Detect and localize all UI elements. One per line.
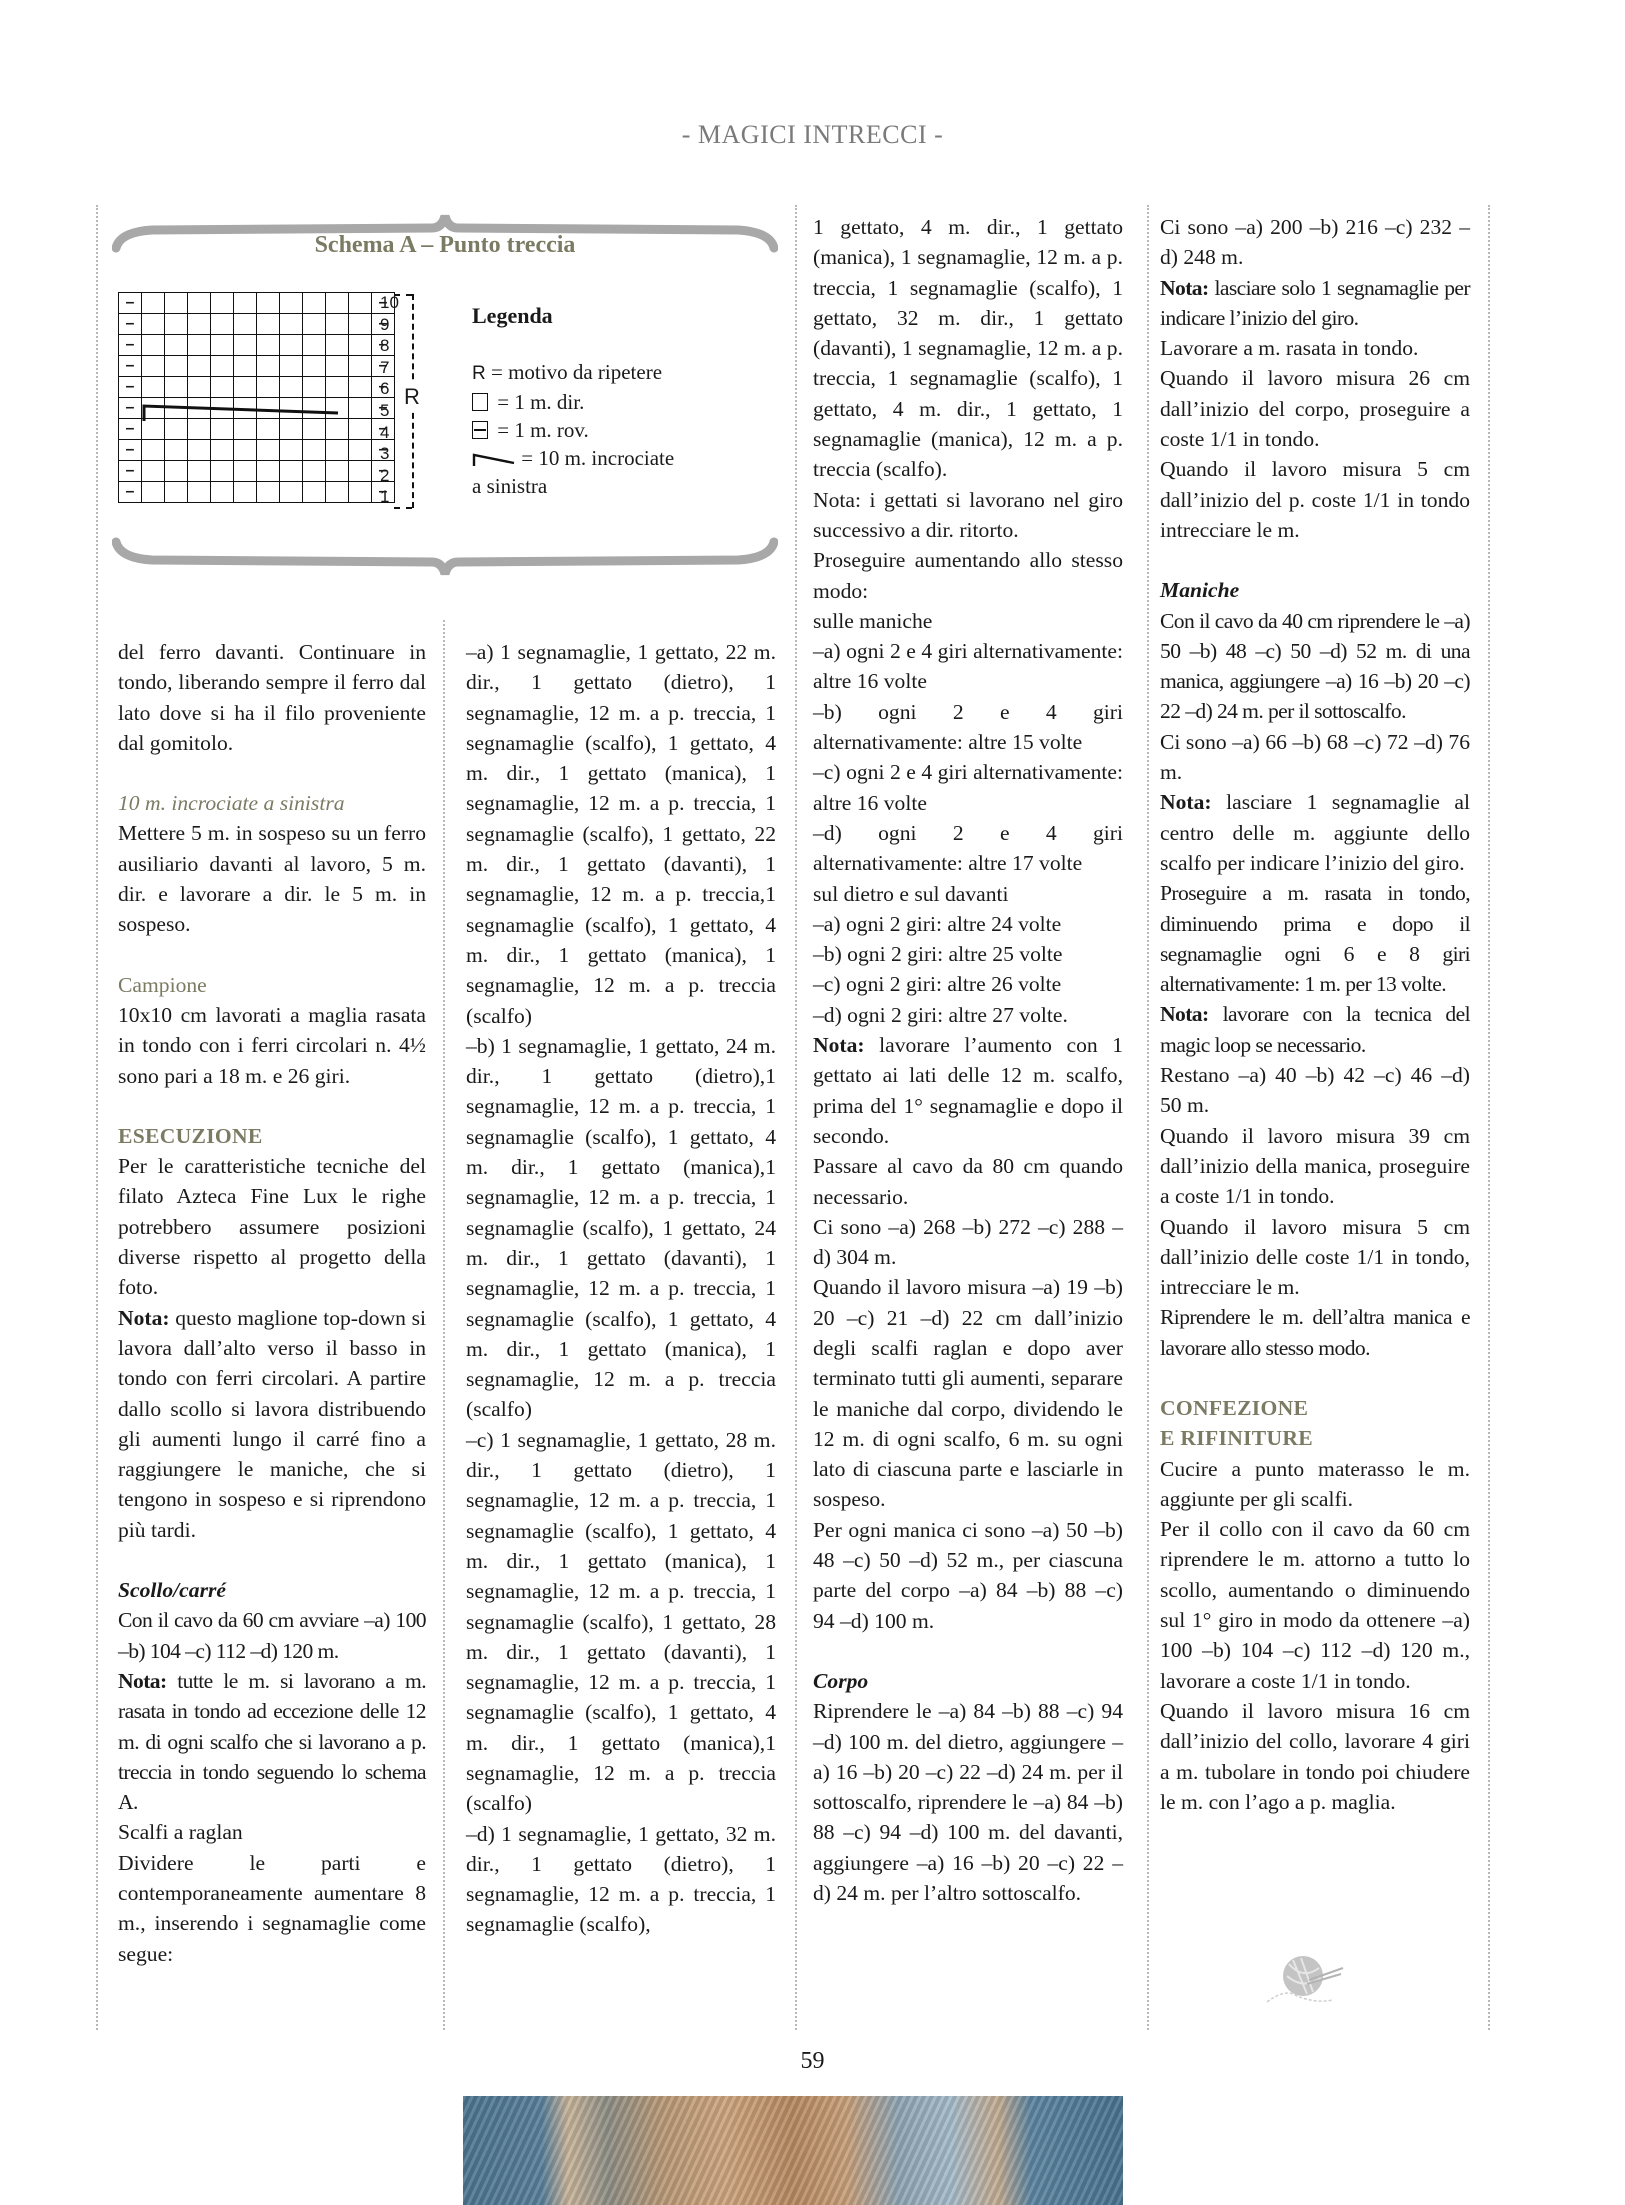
legend-item-purl: = 1 m. rov. (472, 416, 674, 444)
note-paragraph: Nota: lavorare con la tecnica del magic … (1160, 999, 1470, 1060)
knit-cell (165, 356, 188, 377)
knit-cell (257, 356, 280, 377)
knit-cell (188, 482, 211, 503)
knit-cell (280, 335, 303, 356)
note-label: Nota: (813, 1033, 865, 1057)
paragraph: 10x10 cm lavorati a maglia rasata in ton… (118, 1000, 426, 1091)
paragraph: Per ogni manica ci sono –a) 50 –b) 48 –c… (813, 1515, 1123, 1636)
knit-cell (349, 356, 372, 377)
note-paragraph: Nota: questo maglione top-down si lavora… (118, 1303, 426, 1545)
knit-cell (211, 335, 234, 356)
size-c-instructions: –c) 1 segnamaglie, 1 gettato, 28 m. dir.… (466, 1425, 776, 1819)
knit-cell (165, 314, 188, 335)
knit-cell (303, 293, 326, 314)
column-divider (1147, 205, 1149, 2030)
row-number: 1 (380, 486, 399, 508)
purl-cell: – (119, 398, 142, 419)
repeat-symbol: R (472, 363, 486, 384)
knit-cell (257, 335, 280, 356)
knit-cell (326, 377, 349, 398)
paragraph: Passare al cavo da 80 cm quando necessar… (813, 1151, 1123, 1212)
knit-cell (349, 293, 372, 314)
knit-cell (165, 461, 188, 482)
knit-cell (280, 293, 303, 314)
section-heading-campione: Campione (118, 970, 426, 1000)
knit-cell (257, 314, 280, 335)
legend-title: Legenda (472, 302, 674, 330)
knit-cell (280, 377, 303, 398)
list-item: –d) ogni 2 e 4 giri alternativamente: al… (813, 818, 1123, 879)
knit-cell (211, 440, 234, 461)
row-number: 8 (380, 335, 399, 357)
list-item: –b) ogni 2 giri: altre 25 volte (813, 939, 1123, 969)
section-heading-rifiniture: E RIFINITURE (1160, 1423, 1470, 1453)
knit-cell (165, 335, 188, 356)
knit-cell (142, 482, 165, 503)
knit-cell (188, 440, 211, 461)
paragraph: Proseguire aumentando allo stesso modo: (813, 545, 1123, 606)
paragraph: Dividere le parti e contemporaneamente a… (118, 1848, 426, 1969)
knit-swatch-photo (463, 2096, 1123, 2205)
paragraph: Mettere 5 m. in sospeso su un ferro ausi… (118, 818, 426, 939)
knit-cell (188, 293, 211, 314)
knit-cell (234, 461, 257, 482)
knit-cell (234, 440, 257, 461)
grid-row: –– (119, 461, 395, 482)
column-2: –a) 1 segnamaglie, 1 gettato, 22 m. dir.… (466, 637, 776, 1940)
purl-cell: – (119, 293, 142, 314)
knit-cell (234, 335, 257, 356)
section-heading-confezione: CONFEZIONE (1160, 1393, 1470, 1423)
paragraph: Per le caratteristiche tecniche del fila… (118, 1151, 426, 1302)
knit-cell (349, 335, 372, 356)
legend-text: = 10 m. incrociate (521, 446, 674, 470)
bottom-brace-icon (112, 530, 778, 580)
purl-cell: – (119, 440, 142, 461)
note-paragraph: Nota: lasciare solo 1 segnamaglie per in… (1160, 273, 1470, 334)
knit-cell (234, 356, 257, 377)
column-4: Ci sono –a) 200 –b) 216 –c) 232 –d) 248 … (1160, 212, 1470, 1817)
note-label: Nota: (118, 1669, 167, 1693)
legend-text: = motivo da ripetere (491, 360, 662, 384)
page-number: 59 (0, 2048, 1625, 2075)
knit-cell (142, 293, 165, 314)
cable-cross-icon (142, 403, 352, 423)
purl-cell: – (119, 377, 142, 398)
grid-row: –– (119, 293, 395, 314)
knit-cell (211, 482, 234, 503)
knit-cell (188, 461, 211, 482)
note-label: Nota: (1160, 276, 1209, 300)
knit-cell (165, 482, 188, 503)
paragraph: Cucire a punto materasso le m. aggiunte … (1160, 1454, 1470, 1515)
section-heading-esecuzione: ESECUZIONE (118, 1121, 426, 1151)
grid-row: –– (119, 314, 395, 335)
knit-cell (280, 356, 303, 377)
knit-cell (280, 440, 303, 461)
row-number: 4 (380, 422, 399, 444)
section-heading-scollo: Scollo/carré (118, 1575, 426, 1605)
paragraph: Quando il lavoro misura 26 cm dall’inizi… (1160, 363, 1470, 454)
paragraph: Quando il lavoro misura 5 cm dall’inizio… (1160, 454, 1470, 545)
paragraph: Con il cavo da 60 cm avviare –a) 100 –b)… (118, 1605, 426, 1666)
knit-cell (142, 335, 165, 356)
paragraph: Lavorare a m. rasata in tondo. (1160, 333, 1470, 363)
knit-cell (165, 293, 188, 314)
purl-cell: – (119, 335, 142, 356)
stitch-grid: –––––––––––––––––––– (118, 292, 395, 503)
knit-cell (211, 293, 234, 314)
knit-cell (280, 461, 303, 482)
knit-cell (326, 356, 349, 377)
column-divider (1488, 205, 1490, 2030)
subheading-corpo: sul dietro e sul davanti (813, 879, 1123, 909)
knit-cell (211, 314, 234, 335)
paragraph: 1 gettato, 4 m. dir., 1 gettato (manica)… (813, 212, 1123, 485)
paragraph: Quando il lavoro misura 16 cm dall’inizi… (1160, 1696, 1470, 1817)
knit-cell (303, 377, 326, 398)
paragraph: Riprendere le m. dell’altra manica e lav… (1160, 1302, 1470, 1363)
knit-cell (211, 461, 234, 482)
legend-continuation: a sinistra (472, 472, 674, 500)
row-numbers: 10987654321 (380, 292, 399, 508)
knit-square-icon (472, 393, 488, 411)
cable-line-icon (472, 451, 516, 467)
paragraph: Ci sono –a) 66 –b) 68 –c) 72 –d) 76 m. (1160, 727, 1470, 788)
note-paragraph: Nota: tutte le m. si lavorano a m. rasat… (118, 1666, 426, 1817)
list-item: –c) ogni 2 giri: altre 26 volte (813, 969, 1123, 999)
knit-cell (303, 335, 326, 356)
paragraph: del ferro davanti. Continuare in tondo, … (118, 637, 426, 758)
section-heading-corpo: Corpo (813, 1666, 1123, 1696)
note-label: Nota: (118, 1306, 170, 1330)
row-number: 3 (380, 443, 399, 465)
schema-a-chart: Schema A – Punto treccia –––––––––––––––… (112, 210, 778, 580)
subheading-maniche: sulle maniche (813, 606, 1123, 636)
column-1: del ferro davanti. Continuare in tondo, … (118, 637, 426, 1969)
legend-item-cable: = 10 m. incrociate (472, 444, 674, 472)
purl-cell: – (119, 482, 142, 503)
list-item: –b) ogni 2 e 4 giri alternativamente: al… (813, 697, 1123, 758)
paragraph: Quando il lavoro misura –a) 19 –b) 20 –c… (813, 1272, 1123, 1514)
schema-title: Schema A – Punto treccia (112, 232, 778, 259)
note-paragraph: Nota: lasciare 1 segnamaglie al centro d… (1160, 787, 1470, 878)
knit-cell (257, 440, 280, 461)
paragraph: Riprendere le –a) 84 –b) 88 –c) 94 –d) 1… (813, 1696, 1123, 1908)
row-number: 5 (380, 400, 399, 422)
knit-cell (349, 440, 372, 461)
knit-cell (326, 440, 349, 461)
note-paragraph: Nota: lavorare l’aumento con 1 gettato a… (813, 1030, 1123, 1151)
knit-cell (326, 314, 349, 335)
paragraph: Ci sono –a) 200 –b) 216 –c) 232 –d) 248 … (1160, 212, 1470, 273)
paragraph: Proseguire a m. rasata in tondo, diminue… (1160, 878, 1470, 999)
subheading-raglan: Scalfi a raglan (118, 1817, 426, 1847)
knit-cell (188, 314, 211, 335)
paragraph: Ci sono –a) 268 –b) 272 –c) 288 –d) 304 … (813, 1212, 1123, 1273)
legend: Legenda R = motivo da ripetere = 1 m. di… (472, 302, 674, 500)
legend-item-knit: = 1 m. dir. (472, 388, 674, 416)
legend-text: = 1 m. rov. (497, 418, 589, 442)
note-label: Nota: (1160, 790, 1212, 814)
knit-cell (303, 461, 326, 482)
knit-cell (303, 482, 326, 503)
list-item: –a) ogni 2 e 4 giri alternativamente: al… (813, 636, 1123, 697)
knit-cell (142, 461, 165, 482)
paragraph: Con il cavo da 40 cm riprendere le –a) 5… (1160, 606, 1470, 727)
size-b-instructions: –b) 1 segnamaglie, 1 gettato, 24 m. dir.… (466, 1031, 776, 1425)
grid-row: –– (119, 482, 395, 503)
purl-cell: – (119, 356, 142, 377)
knit-cell (326, 482, 349, 503)
knit-cell (257, 482, 280, 503)
knit-cell (303, 356, 326, 377)
knit-cell (349, 482, 372, 503)
knit-cell (303, 314, 326, 335)
knit-cell (257, 377, 280, 398)
paragraph: Quando il lavoro misura 39 cm dall’inizi… (1160, 1121, 1470, 1212)
knit-cell (349, 314, 372, 335)
section-heading-maniche: Maniche (1160, 575, 1470, 605)
list-item: –a) ogni 2 giri: altre 24 volte (813, 909, 1123, 939)
knit-cell (326, 335, 349, 356)
paragraph: Per il collo con il cavo da 60 cm ripren… (1160, 1514, 1470, 1696)
section-heading-cable: 10 m. incrociate a sinistra (118, 788, 426, 818)
knit-cell (165, 440, 188, 461)
repeat-label: R (404, 382, 420, 412)
knit-cell (280, 314, 303, 335)
knit-cell (142, 356, 165, 377)
legend-text: = 1 m. dir. (497, 390, 584, 414)
grid-row: –– (119, 440, 395, 461)
knit-cell (349, 377, 372, 398)
knit-cell (303, 440, 326, 461)
knit-cell (165, 377, 188, 398)
list-item: –c) ogni 2 e 4 giri alternativamente: al… (813, 757, 1123, 818)
column-3: 1 gettato, 4 m. dir., 1 gettato (manica)… (813, 212, 1123, 1908)
knit-cell (188, 356, 211, 377)
purl-cell: – (119, 314, 142, 335)
knit-cell (211, 377, 234, 398)
purl-square-icon (472, 421, 488, 439)
knit-cell (326, 293, 349, 314)
knit-cell (349, 461, 372, 482)
knit-cell (257, 293, 280, 314)
repeat-bracket-bottom (394, 507, 412, 509)
grid-row: –– (119, 377, 395, 398)
column-divider (795, 205, 797, 2030)
list-item: –d) ogni 2 giri: altre 27 volte. (813, 1000, 1123, 1030)
knit-cell (234, 314, 257, 335)
row-number: 6 (380, 378, 399, 400)
note-text: questo maglione top-down si lavora dall’… (118, 1306, 426, 1542)
knit-cell (280, 482, 303, 503)
column-divider (443, 620, 445, 2030)
knit-cell (188, 377, 211, 398)
knit-cell (142, 314, 165, 335)
grid-row: –– (119, 356, 395, 377)
knit-cell (188, 335, 211, 356)
paragraph: Nota: i gettati si lavorano nel giro suc… (813, 485, 1123, 546)
size-d-instructions: –d) 1 segnamaglie, 1 gettato, 32 m. dir.… (466, 1819, 776, 1940)
knit-cell (234, 293, 257, 314)
paragraph: Quando il lavoro misura 5 cm dall’inizio… (1160, 1212, 1470, 1303)
row-number: 9 (380, 314, 399, 336)
knit-cell (142, 440, 165, 461)
grid-row: –– (119, 335, 395, 356)
purl-cell: – (119, 419, 142, 440)
legend-item-repeat: R = motivo da ripetere (472, 358, 674, 388)
running-header: - MAGICI INTRECCI - (0, 120, 1625, 150)
knit-cell (257, 461, 280, 482)
column-divider (96, 205, 98, 2030)
repeat-bracket-top (394, 294, 412, 296)
purl-cell: – (119, 461, 142, 482)
row-number: 7 (380, 357, 399, 379)
size-a-instructions: –a) 1 segnamaglie, 1 gettato, 22 m. dir.… (466, 637, 776, 1031)
knit-cell (326, 461, 349, 482)
knit-cell (234, 482, 257, 503)
yarn-ball-icon (1263, 1950, 1347, 2006)
knit-cell (211, 356, 234, 377)
note-label: Nota: (1160, 1002, 1209, 1026)
row-number: 2 (380, 465, 399, 487)
knit-cell (142, 377, 165, 398)
paragraph: Restano –a) 40 –b) 42 –c) 46 –d) 50 m. (1160, 1060, 1470, 1121)
knit-cell (234, 377, 257, 398)
